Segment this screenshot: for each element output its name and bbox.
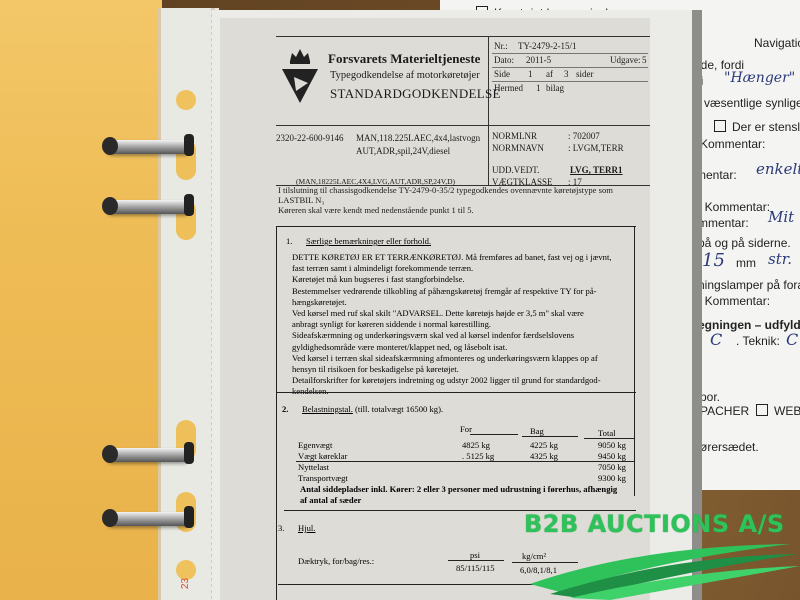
binder-ring[interactable] [106,448,190,462]
handwriting: enkelt [756,160,800,178]
handwriting: str. [768,250,792,268]
document-subtitle: Typegodkendelse af motorkøretøjer [330,70,480,81]
table-header: For [460,424,472,434]
weights-cell-total: 7050 kg [598,462,626,472]
form-text: ningslamper på fora [698,278,800,292]
weights-cell-total: 9450 kg [598,451,626,461]
document-type: STANDARDGODKENDELSE [330,86,501,102]
section-1-body: DETTE KØRETØJ ER ET TERRÆNKØRETØJ. Må fr… [292,252,642,398]
organization-name: Forsvarets Materieltjeneste [328,51,480,67]
section-1-line: DETTE KØRETØJ ER ET TERRÆNKØRETØJ. Må fr… [292,252,642,263]
checkbox-icon[interactable] [756,404,768,416]
binder-ring[interactable] [106,140,190,154]
vehicle-description: MAN,118.225LAEC,4x4,lastvogn [356,133,480,143]
form-text: mmentar: [698,216,749,230]
section-1-line: Ved kørsel med ruf skal skilt "ADVARSEL.… [292,308,642,319]
section-1-line: Ved kørsel i terræn skal sideafskærmning… [292,353,642,364]
section-title: Belastningstal. [302,404,353,414]
section-1-line: hensyn til risikoen for beskadigelse på … [292,364,642,375]
weights-cell-total: 9050 kg [598,440,626,450]
section-1-line: anbragt synligt for køreren siddende i n… [292,319,642,330]
weights-cell-bag: 4325 kg [530,451,558,461]
section-1-line: Sideafskærmning og underkøringsværn skal… [292,330,642,341]
form-text: n væsentlige synlige [694,96,800,110]
intro-text: Køreren skal være kendt med nedenstående… [278,205,474,215]
form-text: . Kommentar: [698,294,770,308]
section-title: Særlige bemærkninger eller forhold. [306,236,431,246]
section-1-line: fast terræn samt i almindeligt forekomme… [292,263,642,274]
divider [470,434,518,435]
form-text: Navigatio [754,36,800,50]
section-number: 2. [282,404,288,414]
weights-cell-total: 9300 kg [598,473,626,483]
form-text: mm [736,256,756,270]
weights-cell-label: Egenvægt [298,440,332,450]
section-title-suffix: (till. totalvægt 16500 kg). [353,404,443,414]
meta-nr: Nr.: TY-2479-2-15/1 [492,41,648,54]
weights-cell-bag: 4225 kg [530,440,558,450]
intro-text: LASTBIL N₃ [278,195,324,205]
weights-cell-label: Vægt køreklar [298,451,347,461]
form-text: WEB [774,404,800,418]
weights-cell-for: . 5125 kg [462,451,494,461]
checkbox-icon[interactable] [714,120,726,132]
section-1-line: gyldighedsområde være monteret/klappet n… [292,342,642,353]
psi-header: psi [470,550,480,560]
form-text: Der er stensla [732,120,800,134]
punch-hole [176,90,196,110]
normlnr-value: : 702007 [568,131,600,141]
seats-text: af antal af sæder [300,495,361,505]
weights-cell-label: Nyttelast [298,462,329,472]
seats-text: Antal siddepladser inkl. Kører: 2 eller … [300,484,617,494]
binder-ring[interactable] [106,200,190,214]
uddvedt-value: LVG, TERR1 [570,165,623,175]
handwriting: C [786,330,798,349]
vehicle-description: AUT,ADR,spil,24V,diesel [356,146,450,156]
divider [522,436,578,437]
meta-dato: Dato: 2011-5 Udgave: 5 [492,55,648,68]
handwriting: Mit [768,208,794,226]
form-text: ørersædet. [700,440,759,454]
intro-text: I tilslutning til chassisgodkendelse TY-… [278,185,613,195]
section-title: Hjul. [298,523,315,533]
section-1-line: Detailforskrifter for køretøjers indretn… [292,375,642,386]
normnavn-label: NORMNAVN [492,143,544,153]
uddvedt-label: UDD.VEDT. [492,165,539,175]
table-header: Bag [530,426,544,436]
form-text: Kommentar: [700,137,765,151]
swoosh-logo-icon [520,540,800,600]
section-1-line: Køretøjet må kun bugseres i fast stangfo… [292,274,642,285]
divider [296,461,634,462]
handwriting: "Hænger" i [724,70,800,86]
normlnr-label: NORMLNR [492,131,537,141]
weights-cell-label: Transportvægt [298,473,348,483]
divider [584,438,634,439]
crown-emblem-icon [280,45,320,105]
form-text: por. [700,390,720,404]
meta-side: Side 1 af 3 sider [492,69,648,82]
binder-ring[interactable] [106,512,190,526]
divider [448,560,504,561]
form-text: PACHER [700,404,749,418]
form-text: på og på siderne. [698,236,791,250]
section-1-line: hængskøretøjet. [292,297,642,308]
section-number: 1. [286,236,292,246]
table-header: Total [598,428,616,438]
b2b-auctions-watermark: B2B AUCTIONS A/S [524,510,785,538]
nsn-number: 2320-22-600-9146 [276,133,344,143]
sheet-protector-number: 23 [180,578,191,589]
document-header: Forsvarets Materieltjeneste Typegodkende… [276,36,650,192]
form-text: . Teknik: [736,334,780,348]
divider [276,226,636,227]
psi-value: 85/115/115 [456,563,495,573]
meta-hermed: Hermed 1 bilag [492,83,648,95]
section-1-line: Bestemmelser vedrørende tilkobling af på… [292,286,642,297]
normnavn-value: : LVGM,TERR [568,143,624,153]
section-number: 3. [278,523,284,533]
yellow-divider-page [0,0,162,600]
tire-pressure-label: Dæktryk, for/bag/res.: [298,556,374,566]
form-text: . Kommentar: [698,200,770,214]
weights-cell-for: 4825 kg [462,440,490,450]
form-text: mentar: [696,168,737,182]
divider [276,392,636,393]
handwriting: C [710,330,722,349]
handwriting: 15 [702,250,725,271]
